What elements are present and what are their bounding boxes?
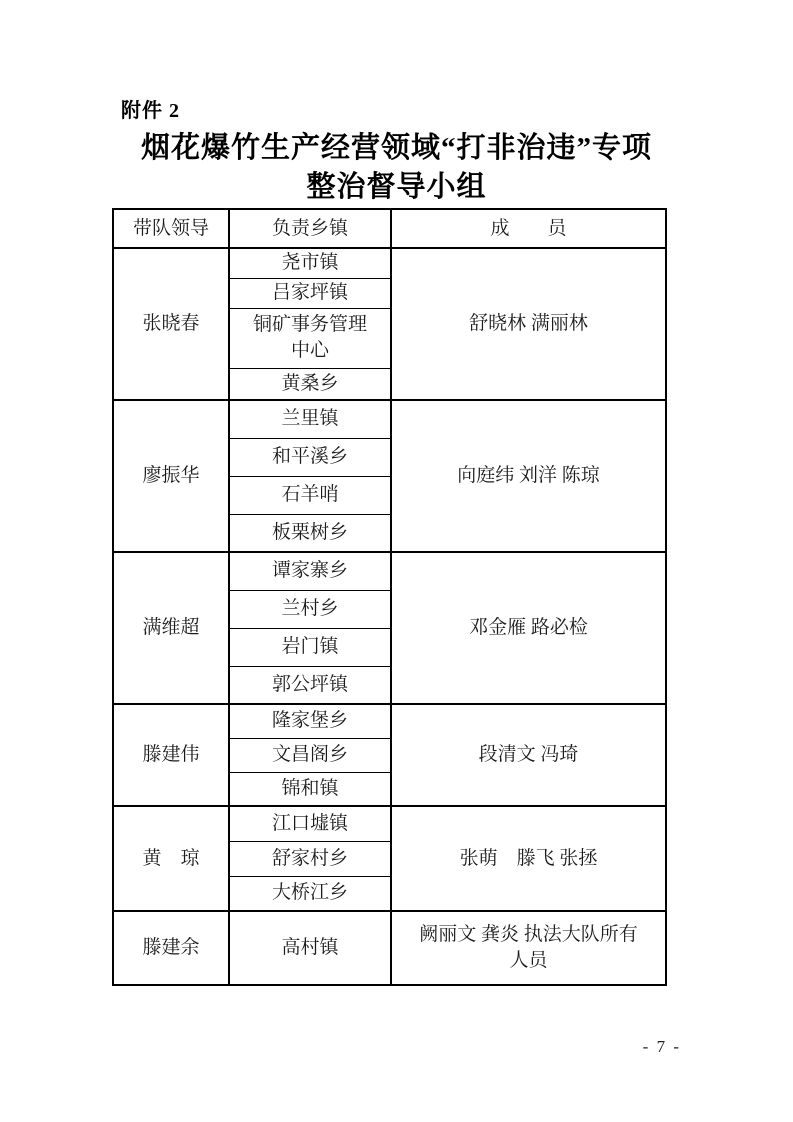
- table-header-row: 带队领导 负责乡镇 成 员: [113, 209, 666, 248]
- page-number: - 7 -: [643, 1037, 681, 1057]
- town-cell: 郭公坪镇: [229, 666, 391, 704]
- document-title: 烟花爆竹生产经营领域“打非治违”专项 整治督导小组: [0, 129, 793, 207]
- members-cell: 舒晓林 满丽林: [391, 248, 666, 400]
- town-cell: 舒家村乡: [229, 841, 391, 876]
- document-title-line2: 整治督导小组: [0, 168, 793, 207]
- town-cell: 吕家坪镇: [229, 278, 391, 308]
- town-cell: 隆家堡乡: [229, 704, 391, 738]
- header-cell-towns: 负责乡镇: [229, 209, 391, 248]
- header-cell-members: 成 员: [391, 209, 666, 248]
- members-cell: 阙丽文 龚炎 执法大队所有 人员: [391, 911, 666, 985]
- attachment-label: 附件 2: [121, 94, 180, 123]
- town-cell: 锦和镇: [229, 772, 391, 806]
- leader-cell: 张晓春: [113, 248, 229, 400]
- leader-cell: 滕建伟: [113, 704, 229, 806]
- members-cell: 段清文 冯琦: [391, 704, 666, 806]
- header-cell-leader: 带队领导: [113, 209, 229, 248]
- table-row: 黄 琼 江口墟镇 张萌 滕飞 张拯: [113, 806, 666, 841]
- town-cell: 兰里镇: [229, 400, 391, 438]
- town-cell: 谭家寨乡: [229, 552, 391, 590]
- town-cell: 铜矿事务管理 中心: [229, 308, 391, 368]
- document-title-line1: 烟花爆竹生产经营领域“打非治违”专项: [0, 129, 793, 168]
- table-row: 张晓春 尧市镇 舒晓林 满丽林: [113, 248, 666, 278]
- town-cell: 文昌阁乡: [229, 738, 391, 772]
- town-cell: 高村镇: [229, 911, 391, 985]
- members-cell: 向庭纬 刘洋 陈琼: [391, 400, 666, 552]
- members-cell: 邓金雁 路必检: [391, 552, 666, 704]
- town-cell: 兰村乡: [229, 590, 391, 628]
- town-cell: 板栗树乡: [229, 514, 391, 552]
- leader-cell: 滕建余: [113, 911, 229, 985]
- town-cell: 黄桑乡: [229, 368, 391, 400]
- table-row: 廖振华 兰里镇 向庭纬 刘洋 陈琼: [113, 400, 666, 438]
- town-cell: 石羊哨: [229, 476, 391, 514]
- table-row: 满维超 谭家寨乡 邓金雁 路必检: [113, 552, 666, 590]
- town-cell: 尧市镇: [229, 248, 391, 278]
- town-cell: 和平溪乡: [229, 438, 391, 476]
- leader-cell: 满维超: [113, 552, 229, 704]
- table-row: 滕建余 高村镇 阙丽文 龚炎 执法大队所有 人员: [113, 911, 666, 985]
- leader-cell: 廖振华: [113, 400, 229, 552]
- leader-cell: 黄 琼: [113, 806, 229, 911]
- town-cell: 江口墟镇: [229, 806, 391, 841]
- document-page: 附件 2 烟花爆竹生产经营领域“打非治违”专项 整治督导小组 带队领导 负责乡镇…: [0, 0, 793, 1122]
- table-row: 滕建伟 隆家堡乡 段清文 冯琦: [113, 704, 666, 738]
- members-cell: 张萌 滕飞 张拯: [391, 806, 666, 911]
- supervision-group-table: 带队领导 负责乡镇 成 员 张晓春 尧市镇 舒晓林 满丽林 吕家坪镇 铜矿事务管…: [112, 208, 667, 986]
- town-cell: 大桥江乡: [229, 876, 391, 911]
- town-cell: 岩门镇: [229, 628, 391, 666]
